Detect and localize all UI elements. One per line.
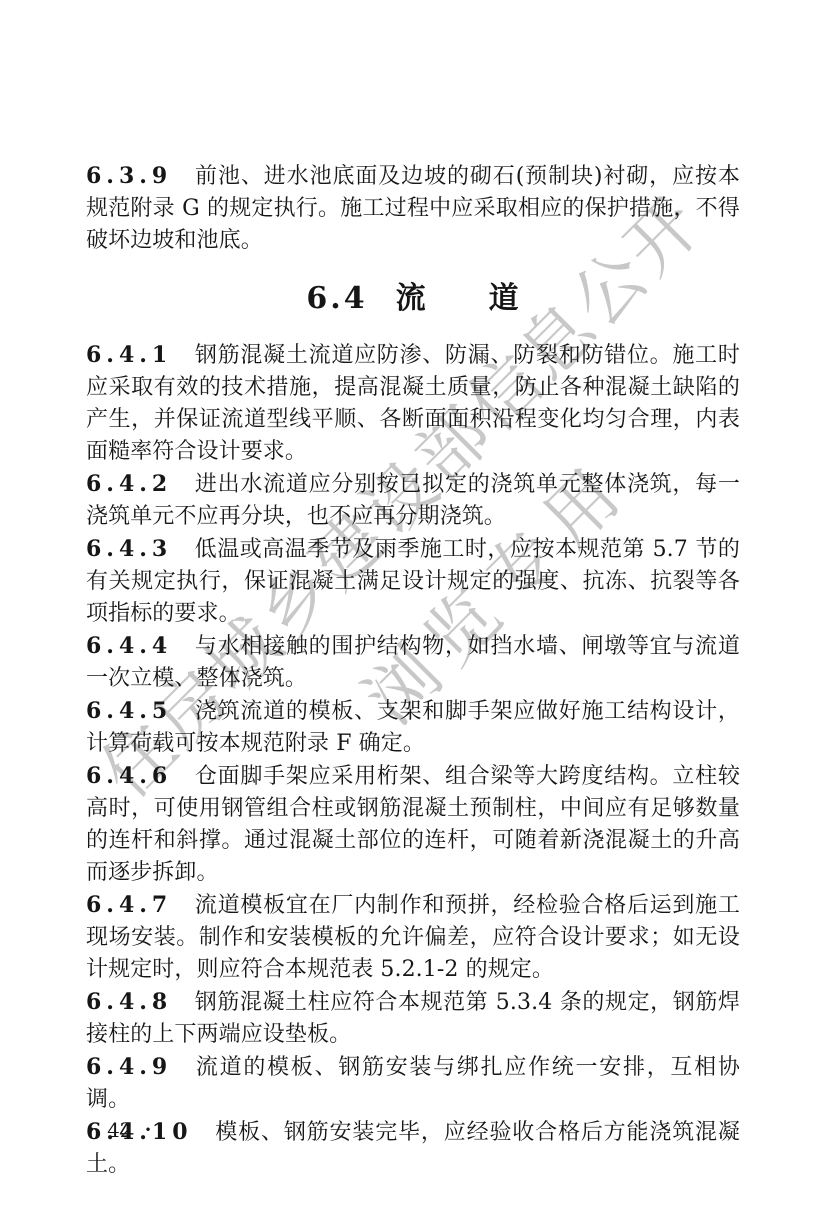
clause-6-4-7: 6.4.7流道模板宜在厂内制作和预拼，经检验合格后运到施工现场安装。制作和安装模… bbox=[86, 889, 740, 986]
clause-6-4-3: 6.4.3低温或高温季节及雨季施工时，应按本规范第 5.7 节的有关规定执行，保… bbox=[86, 533, 740, 630]
footer-dot-right: • bbox=[145, 1116, 152, 1144]
clause-6-4-1: 6.4.1钢筋混凝土流道应防渗、防漏、防裂和防错位。施工时应采取有效的技术措施，… bbox=[86, 339, 740, 468]
clause-number: 6.4.3 bbox=[86, 536, 172, 562]
clause-6-4-5: 6.4.5浇筑流道的模板、支架和脚手架应做好施工结构设计，计算荷载可按本规范附录… bbox=[86, 695, 740, 760]
clause-text: 流道的模板、钢筋安装与绑扎应作统一安排，互相协调。 bbox=[86, 1055, 740, 1112]
clause-number: 6.4.5 bbox=[86, 698, 172, 724]
section-number: 6.4 bbox=[306, 281, 367, 316]
footer-dot-left: • bbox=[88, 1116, 95, 1144]
clause-6-4-8: 6.4.8钢筋混凝土柱应符合本规范第 5.3.4 条的规定，钢筋焊接柱的上下两端… bbox=[86, 986, 740, 1051]
clause-6-3-9: 6.3.9前池、进水池底面及边坡的砌石(预制块)衬砌，应按本规范附录 G 的规定… bbox=[86, 160, 740, 257]
clause-text: 仓面脚手架应采用桁架、组合梁等大跨度结构。立柱较高时，可使用钢管组合柱或钢筋混凝… bbox=[86, 764, 740, 885]
clause-6-4-2: 6.4.2进出水流道应分别按已拟定的浇筑单元整体浇筑，每一浇筑单元不应再分块，也… bbox=[86, 468, 740, 533]
clause-text: 钢筋混凝土流道应防渗、防漏、防裂和防错位。施工时应采取有效的技术措施，提高混凝土… bbox=[86, 343, 740, 464]
clause-text: 与水相接触的围护结构物，如挡水墙、闸墩等宜与流道一次立模、整体浇筑。 bbox=[86, 634, 740, 691]
clause-number: 6.4.4 bbox=[86, 633, 172, 659]
clause-number: 6.4.1 bbox=[86, 342, 172, 368]
clause-text: 进出水流道应分别按已拟定的浇筑单元整体浇筑，每一浇筑单元不应再分块，也不应再分期… bbox=[86, 472, 740, 529]
page-number: 42 bbox=[107, 1116, 132, 1144]
clause-text: 钢筋混凝土柱应符合本规范第 5.3.4 条的规定，钢筋焊接柱的上下两端应设垫板。 bbox=[86, 990, 740, 1047]
clause-text: 浇筑流道的模板、支架和脚手架应做好施工结构设计，计算荷载可按本规范附录 F 确定… bbox=[86, 699, 740, 756]
clause-number: 6.4.6 bbox=[86, 763, 172, 789]
clause-text: 前池、进水池底面及边坡的砌石(预制块)衬砌，应按本规范附录 G 的规定执行。施工… bbox=[86, 164, 740, 253]
clause-6-4-10: 6.4.10模板、钢筋安装完毕，应经验收合格后方能浇筑混凝土。 bbox=[86, 1116, 740, 1181]
clause-text: 低温或高温季节及雨季施工时，应按本规范第 5.7 节的有关规定执行，保证混凝土满… bbox=[86, 537, 740, 626]
clause-number: 6.4.9 bbox=[86, 1054, 172, 1080]
section-title: 流 道 bbox=[396, 281, 520, 316]
clause-text: 流道模板宜在厂内制作和预拼，经检验合格后运到施工现场安装。制作和安装模板的允许偏… bbox=[86, 893, 740, 982]
clause-number: 6.3.9 bbox=[86, 163, 172, 189]
clause-number: 6.4.7 bbox=[86, 892, 172, 918]
clause-number: 6.4.2 bbox=[86, 471, 172, 497]
clause-6-4-9: 6.4.9流道的模板、钢筋安装与绑扎应作统一安排，互相协调。 bbox=[86, 1051, 740, 1116]
document-content: 6.3.9前池、进水池底面及边坡的砌石(预制块)衬砌，应按本规范附录 G 的规定… bbox=[86, 160, 740, 1181]
clause-6-4-4: 6.4.4与水相接触的围护结构物，如挡水墙、闸墩等宜与流道一次立模、整体浇筑。 bbox=[86, 630, 740, 695]
clause-6-4-6: 6.4.6仓面脚手架应采用桁架、组合梁等大跨度结构。立柱较高时，可使用钢管组合柱… bbox=[86, 760, 740, 889]
clause-number: 6.4.8 bbox=[86, 989, 172, 1015]
document-page: 住房城乡建设部信息公开 浏览专用 6.3.9前池、进水池底面及边坡的砌石(预制块… bbox=[0, 0, 824, 1216]
page-footer: • 42 • bbox=[88, 1116, 152, 1144]
section-heading: 6.4流 道 bbox=[86, 279, 740, 319]
